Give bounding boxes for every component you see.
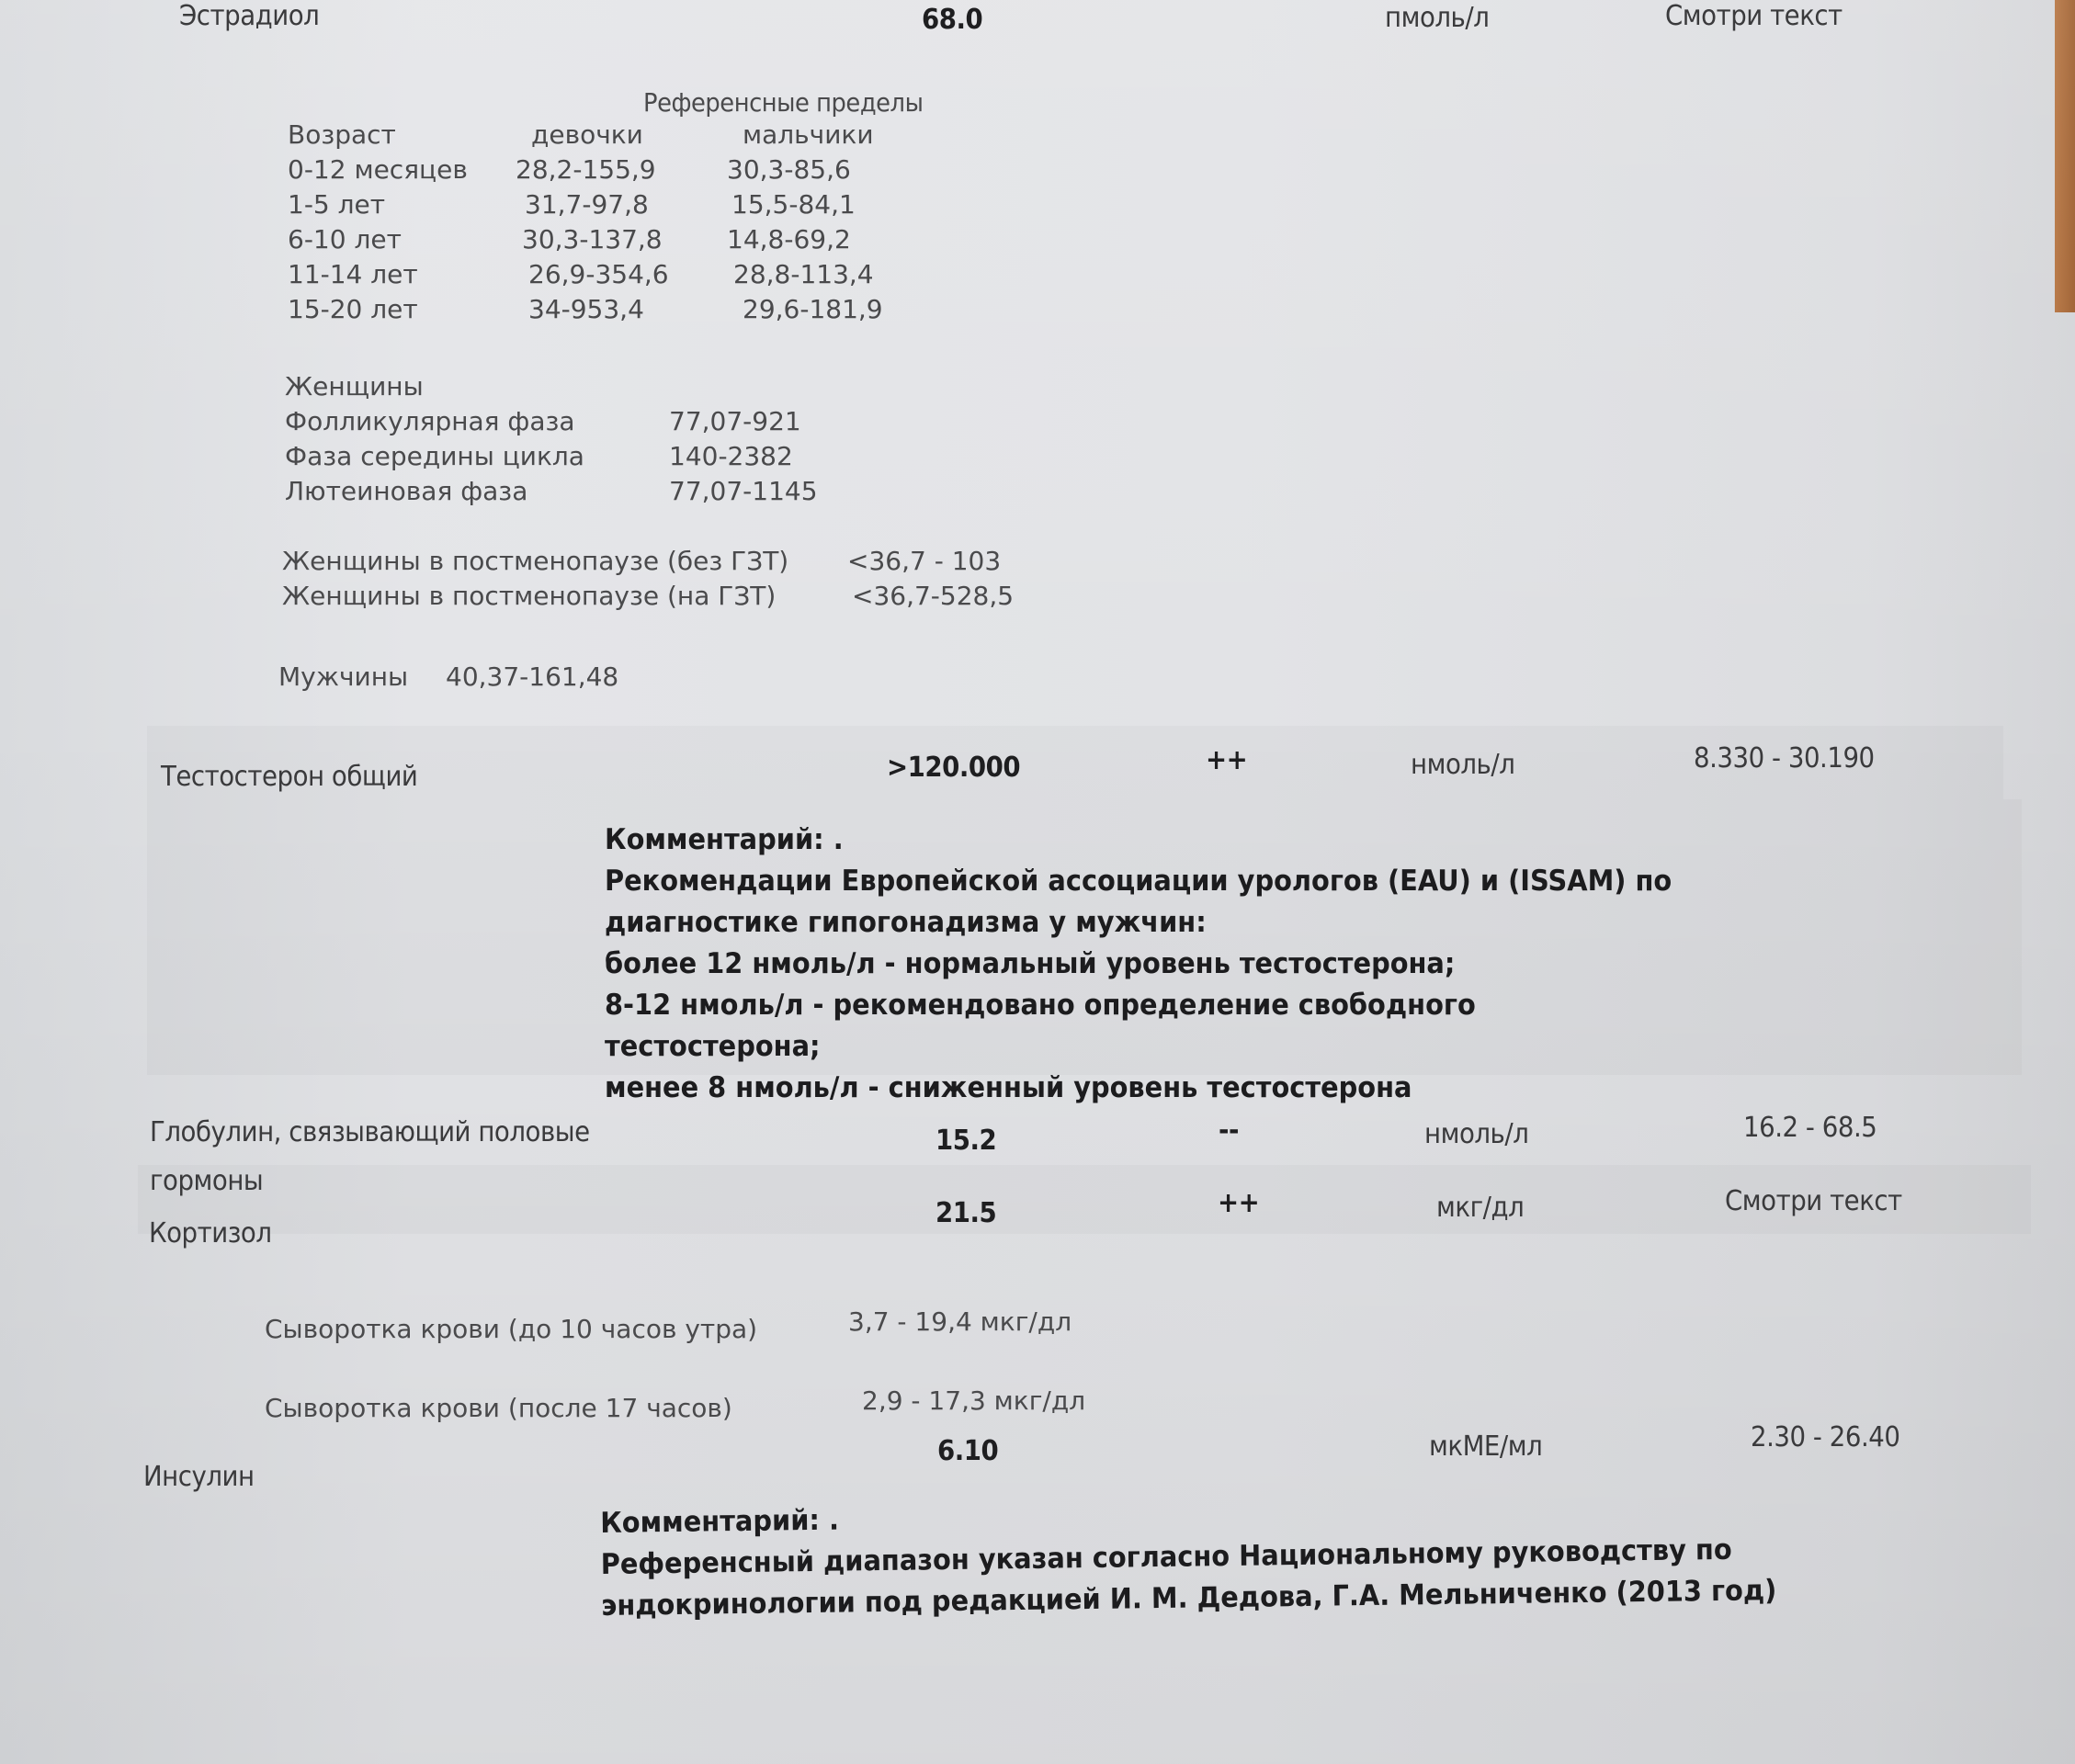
test-value-testosterone: >120.000	[887, 752, 1020, 784]
age-table-row: 6-10 лет 30,3-137,8 14,8-69,2	[288, 222, 949, 257]
test-value-cortisol: 21.5	[935, 1197, 996, 1229]
postmenopause-row: Женщины в постменопаузе (на ГЗТ) <36,7-5…	[282, 579, 1109, 614]
age-table-row: 0-12 месяцев 28,2-155,9 30,3-85,6	[288, 153, 949, 187]
women-title-row: Женщины	[285, 369, 928, 404]
postmenopause-label: Женщины в постменопаузе (на ГЗТ)	[282, 579, 776, 614]
test-value-estradiol: 68.0	[922, 4, 982, 36]
test-flag-cortisol: ++	[1218, 1187, 1259, 1219]
cortisol-reference-row: Сыворотка крови (после 17 часов) 2,9 - 1…	[265, 1391, 1184, 1426]
cortisol-reference-block: Сыворотка крови (до 10 часов утра) 3,7 -…	[265, 1312, 1184, 1426]
men-row: Мужчины 40,37-161,48	[278, 660, 738, 695]
age-table-row: 1-5 лет 31,7-97,8 15,5-84,1	[288, 187, 949, 222]
age-table-header: Возраст девочки мальчики	[288, 118, 949, 153]
girls-range-cell: 34-953,4	[528, 292, 644, 327]
cortisol-reference-row: Сыворотка крови (до 10 часов утра) 3,7 -…	[265, 1312, 1184, 1347]
phase-row: Фаза середины цикла 140-2382	[285, 439, 928, 474]
men-label: Мужчины	[278, 660, 408, 695]
test-reference-shbg: 16.2 - 68.5	[1743, 1112, 1877, 1144]
girls-range-cell: 31,7-97,8	[525, 187, 649, 222]
testosterone-comment: Комментарий: . Рекомендации Европейской …	[605, 820, 1672, 1109]
test-name-cortisol: Кортизол	[149, 1217, 272, 1249]
men-range: 40,37-161,48	[446, 660, 618, 695]
age-cell: 6-10 лет	[288, 222, 402, 257]
comment-line: тестостерона;	[605, 1026, 1672, 1068]
phase-row: Лютеиновая фаза 77,07-1145	[285, 474, 928, 509]
postmenopause-row: Женщины в постменопаузе (без ГЗТ) <36,7 …	[282, 544, 1109, 579]
test-reference-cortisol: Смотри текст	[1725, 1185, 1902, 1217]
boys-range-cell: 29,6-181,9	[743, 292, 883, 327]
test-name-estradiol: Эстрадиол	[179, 0, 319, 32]
cortisol-reference-range: 3,7 - 19,4 мкг/дл	[848, 1305, 1072, 1340]
comment-line: диагностике гипогонадизма у мужчин:	[605, 902, 1672, 944]
men-reference: Мужчины 40,37-161,48	[278, 660, 738, 695]
phase-row: Фолликулярная фаза 77,07-921	[285, 404, 928, 439]
reference-limits-title: Референсные пределы	[643, 87, 923, 118]
insulin-comment: Комментарий: . Референсный диапазон указ…	[600, 1487, 1777, 1627]
age-cell: 1-5 лет	[288, 187, 385, 222]
age-table-row: 15-20 лет 34-953,4 29,6-181,9	[288, 292, 949, 327]
test-name-insulin: Инсулин	[143, 1461, 255, 1493]
header-boys: мальчики	[743, 118, 874, 153]
boys-range-cell: 14,8-69,2	[727, 222, 851, 257]
comment-line: 8-12 нмоль/л - рекомендовано определение…	[605, 985, 1672, 1026]
header-age: Возраст	[288, 118, 396, 153]
girls-range-cell: 26,9-354,6	[528, 257, 669, 292]
comment-line: более 12 нмоль/л - нормальный уровень те…	[605, 944, 1672, 985]
age-cell: 0-12 месяцев	[288, 153, 468, 187]
test-value-shbg: 15.2	[935, 1125, 996, 1157]
phase-label: Фаза середины цикла	[285, 439, 584, 474]
phase-label: Лютеиновая фаза	[285, 474, 527, 509]
test-unit-insulin: мкМЕ/мл	[1429, 1430, 1542, 1463]
comment-line: менее 8 нмоль/л - сниженный уровень тест…	[605, 1068, 1672, 1109]
phase-range: 140-2382	[669, 439, 793, 474]
comment-heading: Комментарий: .	[605, 820, 1672, 861]
postmenopause-range: <36,7 - 103	[847, 544, 1001, 579]
postmenopause-range: <36,7-528,5	[852, 579, 1014, 614]
test-unit-estradiol: пмоль/л	[1385, 2, 1489, 34]
age-cell: 15-20 лет	[288, 292, 418, 327]
phase-range: 77,07-1145	[669, 474, 818, 509]
postmenopause-label: Женщины в постменопаузе (без ГЗТ)	[282, 544, 788, 579]
girls-range-cell: 30,3-137,8	[522, 222, 663, 257]
boys-range-cell: 28,8-113,4	[733, 257, 874, 292]
test-reference-insulin: 2.30 - 26.40	[1751, 1421, 1899, 1453]
test-unit-testosterone: нмоль/л	[1411, 749, 1514, 781]
girls-range-cell: 28,2-155,9	[516, 153, 656, 187]
desk-edge-background	[2055, 0, 2075, 312]
test-name-shbg-line2: гормоны	[150, 1165, 263, 1197]
cortisol-reference-label: Сыворотка крови (после 17 часов)	[265, 1391, 732, 1426]
age-cell: 11-14 лет	[288, 257, 418, 292]
postmenopause-table: Женщины в постменопаузе (без ГЗТ) <36,7 …	[282, 544, 1109, 614]
header-girls: девочки	[531, 118, 643, 153]
women-title: Женщины	[285, 369, 424, 404]
test-unit-cortisol: мкг/дл	[1436, 1192, 1524, 1224]
test-reference-estradiol: Смотри текст	[1665, 0, 1843, 32]
boys-range-cell: 30,3-85,6	[727, 153, 851, 187]
test-reference-testosterone: 8.330 - 30.190	[1694, 742, 1875, 775]
age-reference-table: Возраст девочки мальчики 0-12 месяцев 28…	[288, 118, 949, 327]
phase-range: 77,07-921	[669, 404, 801, 439]
women-phase-table: Женщины Фолликулярная фаза 77,07-921 Фаз…	[285, 369, 928, 509]
test-flag-shbg: --	[1219, 1114, 1239, 1147]
test-value-insulin: 6.10	[937, 1435, 998, 1467]
cortisol-reference-range: 2,9 - 17,3 мкг/дл	[862, 1384, 1085, 1419]
test-flag-testosterone: ++	[1206, 744, 1247, 776]
phase-label: Фолликулярная фаза	[285, 404, 575, 439]
test-name-shbg-line1: Глобулин, связывающий половые	[150, 1116, 590, 1148]
boys-range-cell: 15,5-84,1	[731, 187, 856, 222]
test-name-testosterone: Тестостерон общий	[161, 761, 417, 793]
cortisol-reference-label: Сыворотка крови (до 10 часов утра)	[265, 1312, 757, 1347]
test-unit-shbg: нмоль/л	[1424, 1118, 1528, 1150]
comment-line: Рекомендации Европейской ассоциации урол…	[605, 861, 1672, 902]
age-table-row: 11-14 лет 26,9-354,6 28,8-113,4	[288, 257, 949, 292]
